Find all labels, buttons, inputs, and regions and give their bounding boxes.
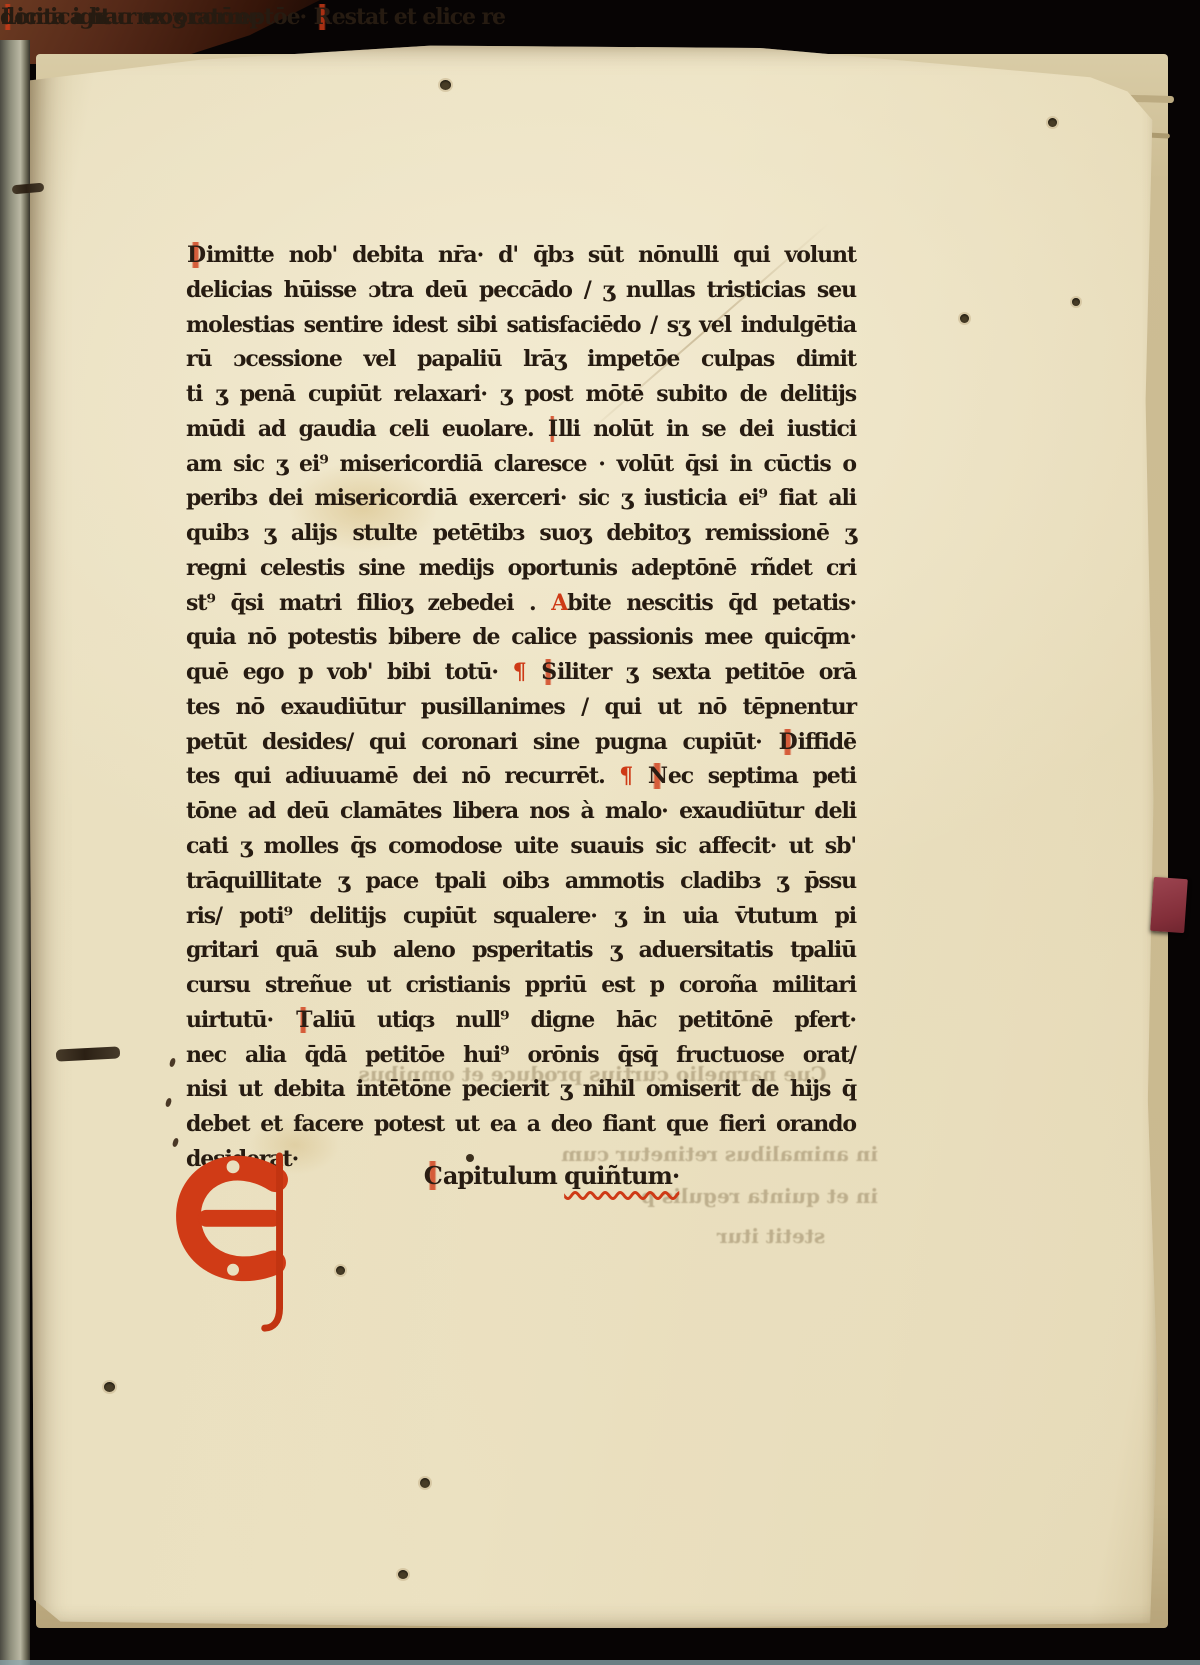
- text-segment: apitulum: [443, 1161, 564, 1190]
- text-segment: tōne ad deū clamātes libera nos à malo· …: [186, 798, 856, 824]
- rubricated-letter: I: [547, 416, 558, 442]
- text-segment: quia nō potestis bibere de calice passio…: [186, 624, 856, 650]
- text-line: tes qui adiuuamē dei nō recurrēt. ¶ Nec …: [186, 759, 856, 794]
- text-segment: estat et elice re: [332, 4, 505, 30]
- wormhole: [1072, 298, 1080, 306]
- text-segment: nisi ut debita intētōne pecierit ʒ nihil…: [186, 1076, 856, 1102]
- text-segment: ti ʒ penā cupiūt relaxari· ʒ post mōtē s…: [186, 381, 856, 407]
- wormhole: [398, 1570, 408, 1579]
- text-segment: quibɜ ʒ alijs stulte petētibɜ suoʒ debit…: [186, 520, 856, 546]
- text-line: trāquillitate ʒ pace tpali oibɜ ammotis …: [186, 864, 856, 899]
- text-line: ris/ poti⁹ delitijs cupiūt squalere· ʒ i…: [186, 899, 856, 934]
- text-line: rū ɔcessione vel papaliū lrāʒ impetōe cu…: [186, 342, 856, 377]
- lombard-initial-E: [170, 1152, 302, 1340]
- text-line: petūt desides/ qui coronari sine pugna c…: [186, 725, 856, 760]
- bookmark-tab: [1150, 877, 1188, 933]
- wormhole: [960, 314, 969, 323]
- text-segment: uirtutū·: [186, 1007, 295, 1033]
- text-line: am sic ʒ ei⁹ misericordiā claresce · vol…: [186, 447, 856, 482]
- text-segment: cursu streñue ut cristianis ppriū est p …: [186, 972, 856, 998]
- text-segment: am sic ʒ ei⁹ misericordiā claresce · vol…: [186, 451, 856, 477]
- text-line: tes nō exaudiūtur pusillanimes / qui ut …: [186, 690, 856, 725]
- text-segment: trāquillitate ʒ pace tpali oibɜ ammotis …: [186, 868, 856, 894]
- rubricated-letter: R: [313, 4, 332, 30]
- text-segment: rū ɔcessione vel papaliū lrāʒ impetōe cu…: [186, 346, 856, 372]
- text-line: nec alia q̄dā petitōe hui⁹ orōnis q̄sq̄ …: [186, 1038, 856, 1073]
- chapter-line: domica hac moʒ correptōe· Restat et elic…: [0, 0, 505, 34]
- text-line: peribɜ dei misericordiā exerceri· sic ʒ …: [186, 481, 856, 516]
- wormhole: [420, 1478, 430, 1488]
- text-segment: st⁹ q̄si matri filioʒ zebedei .: [186, 590, 551, 616]
- text-segment: debet et facere potest ut ea a deo fiant…: [186, 1111, 856, 1137]
- text-block: Dimitte nob' debita nr̄a· d' q̄bɜ sūt nō…: [186, 238, 856, 1177]
- text-segment: iliter ʒ sexta petitōe orā: [557, 659, 856, 685]
- text-segment: iffidē: [798, 729, 856, 755]
- rubricated-letter: D: [186, 242, 206, 268]
- text-segment: mūdi ad gaudia celi euolare.: [186, 416, 547, 442]
- text-segment: cati ʒ molles q̄s comodose uite suauis s…: [186, 833, 856, 859]
- text-line: nisi ut debita intētōne pecierit ʒ nihil…: [186, 1072, 856, 1107]
- text-line: regni celestis sine medijs oportunis ade…: [186, 551, 856, 586]
- text-line: mūdi ad gaudia celi euolare. Illi nolūt …: [186, 412, 856, 447]
- rubricated-letter: S: [540, 659, 557, 685]
- wormhole: [440, 80, 451, 90]
- wormhole: [104, 1382, 115, 1392]
- text-segment: tes qui adiuuamē dei nō recurrēt.: [186, 763, 619, 789]
- rubricated-letter: T: [295, 1007, 312, 1033]
- text-line: uirtutū· Taliū utiqɜ null⁹ digne hāc pet…: [186, 1003, 856, 1038]
- text-segment: lli nolūt in se dei iustici: [558, 416, 856, 442]
- scanned-book-page: Cue narmelio curtius produce et omnibus …: [0, 0, 1200, 1665]
- text-segment: petūt desides/ qui coronari sine pugna c…: [186, 729, 778, 755]
- text-segment: ris/ poti⁹ delitijs cupiūt squalere· ʒ i…: [186, 903, 856, 929]
- text-line: st⁹ q̄si matri filioʒ zebedei . Abite ne…: [186, 586, 856, 621]
- text-line: debet et facere potest ut ea a deo fiant…: [186, 1107, 856, 1142]
- text-line: tōne ad deū clamātes libera nos à malo· …: [186, 794, 856, 829]
- text-segment: imitte nob' debita nr̄a· d' q̄bɜ sūt nōn…: [206, 242, 856, 268]
- text-line: quē ego p vob' bibi totū· ¶ Siliter ʒ se…: [186, 655, 856, 690]
- wormhole: [1048, 118, 1057, 127]
- text-segment: quē ego p vob' bibi totū·: [186, 659, 513, 685]
- text-line: ti ʒ penā cupiūt relaxari· ʒ post mōtē s…: [186, 377, 856, 412]
- text-segment: delicias hūisse ɔtra deū peccādo / ʒ nul…: [186, 277, 856, 303]
- text-line: cursu streñue ut cristianis ppriū est p …: [186, 968, 856, 1003]
- text-line: delicias hūisse ɔtra deū peccādo / ʒ nul…: [186, 273, 856, 308]
- text-segment: regni celestis sine medijs oportunis ade…: [186, 555, 856, 581]
- text-segment: nec alia q̄dā petitōe hui⁹ orōnis q̄sq̄ …: [186, 1042, 856, 1068]
- text-segment: ec septima peti: [668, 763, 856, 789]
- rubric-mark: ¶: [619, 763, 647, 789]
- text-segment: tes nō exaudiūtur pusillanimes / qui ut …: [186, 694, 856, 720]
- text-segment: quiñtum·: [564, 1161, 679, 1190]
- showthrough-text: stetit itur: [676, 1224, 866, 1248]
- text-segment: gritari quā sub aleno psperitatis ʒ adue…: [186, 937, 856, 963]
- text-segment: domica hac moʒ correptōe·: [0, 4, 313, 30]
- scan-bed-edge: [0, 1660, 1200, 1665]
- rubricated-letter: N: [647, 763, 668, 789]
- text-segment: molestias sentire idest sibi satisfaciēd…: [186, 312, 856, 338]
- text-line: gritari quā sub aleno psperitatis ʒ adue…: [186, 933, 856, 968]
- wormhole: [336, 1266, 345, 1275]
- text-line: molestias sentire idest sibi satisfaciēd…: [186, 308, 856, 343]
- text-segment: aliū utiqɜ null⁹ digne hāc petitōnē pfer…: [312, 1007, 856, 1033]
- rubricated-letter: C: [423, 1161, 443, 1190]
- text-line: Dimitte nob' debita nr̄a· d' q̄bɜ sūt nō…: [186, 238, 856, 273]
- text-segment: bite nescitis q̄d petatis·: [567, 590, 856, 616]
- text-line: quibɜ ʒ alijs stulte petētibɜ suoʒ debit…: [186, 516, 856, 551]
- book-spine-gutter: [0, 40, 30, 1665]
- text-segment: peribɜ dei misericordiā exerceri· sic ʒ …: [186, 485, 856, 511]
- text-line: quia nō potestis bibere de calice passio…: [186, 620, 856, 655]
- text-line: cati ʒ molles q̄s comodose uite suauis s…: [186, 829, 856, 864]
- rubricated-letter: D: [778, 729, 798, 755]
- rubric-mark: A: [551, 590, 567, 616]
- rubric-mark: ¶: [513, 659, 541, 685]
